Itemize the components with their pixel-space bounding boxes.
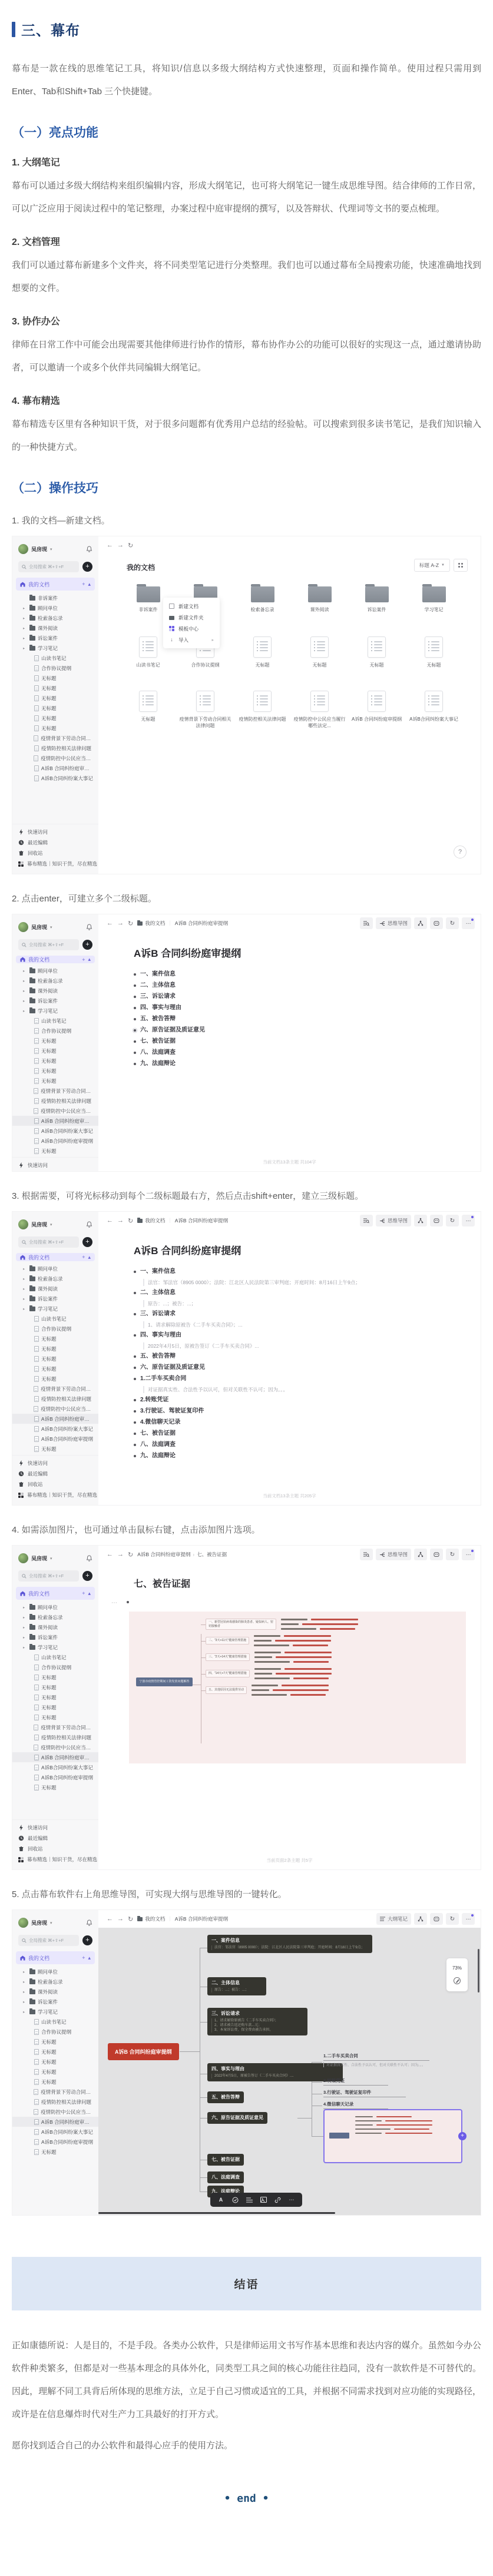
- menu-item[interactable]: 模板中心: [163, 623, 220, 634]
- mindmap-node-4[interactable]: 四、事实与理由2022年4月5日，原被告签订《二手车买卖合同》....: [207, 2063, 343, 2081]
- sidebar-tree-item[interactable]: ▸ 诉讼案件: [12, 996, 98, 1006]
- sort-button[interactable]: 标题 A-Z ▼: [414, 559, 450, 572]
- share-button[interactable]: [414, 1913, 427, 1925]
- link-icon[interactable]: [274, 2196, 281, 2203]
- sidebar-item-my-docs[interactable]: 我的文档 + ▴: [16, 1253, 95, 1261]
- sidebar-tree-item[interactable]: ▸ 无标题: [12, 703, 98, 713]
- list-icon[interactable]: [246, 2196, 253, 2203]
- sidebar-tree-item[interactable]: ▸ 无标题: [12, 2057, 98, 2067]
- collapse-icon[interactable]: ▴: [88, 581, 91, 588]
- share-button[interactable]: [414, 917, 427, 929]
- sidebar-tree-item[interactable]: ▸ 合作协议提纲: [12, 1662, 98, 1672]
- outline-item[interactable]: 七、被告证据: [134, 1430, 469, 1437]
- sidebar-tree-item[interactable]: ▸ 无标题: [12, 2147, 98, 2157]
- bullet-icon[interactable]: [134, 1455, 136, 1457]
- menu-item[interactable]: ↓ 导入 ▸: [163, 634, 220, 645]
- sidebar-tree-item[interactable]: ▸ 疫情防控中公民应当履行...: [12, 1404, 98, 1414]
- mindmap-node-6[interactable]: 六、原告证据及质证意见: [207, 2112, 267, 2124]
- user-row[interactable]: 吴房现 ▾: [12, 536, 98, 558]
- bell-icon[interactable]: [86, 1555, 92, 1561]
- sidebar-item-quick-access[interactable]: 快速访问: [12, 1160, 98, 1171]
- mindmap-child-4[interactable]: 4.微信聊天记录: [323, 2101, 388, 2109]
- mindmap-root-node[interactable]: A诉B 合同纠纷庭审提纲: [108, 2043, 179, 2060]
- sidebar-tree-item[interactable]: ▸ 疫情背景下劳动合同相关...: [12, 733, 98, 743]
- expander-icon[interactable]: ▸: [23, 1990, 27, 1994]
- sidebar-tree-item[interactable]: ▸ 非诉案件: [12, 593, 98, 603]
- sidebar-tree-item[interactable]: ▸ 顾问单位: [12, 966, 98, 976]
- grid-view-button[interactable]: [454, 559, 468, 572]
- outline-item[interactable]: 六、原告证据及质证意见: [134, 1364, 469, 1371]
- bullet-icon[interactable]: [134, 1355, 136, 1358]
- back-icon[interactable]: ←: [107, 1217, 113, 1224]
- new-doc-button[interactable]: +: [82, 562, 92, 572]
- sidebar-tree-item[interactable]: ▸ 无标题: [12, 1076, 98, 1086]
- sidebar-tree-item[interactable]: ▸ 疫情背景下劳动合同相关...: [12, 1086, 98, 1096]
- image-icon[interactable]: [260, 2196, 267, 2203]
- bullet-icon[interactable]: [134, 1040, 136, 1043]
- expander-icon[interactable]: ▸: [23, 999, 27, 1003]
- back-icon[interactable]: ←: [107, 1551, 113, 1558]
- add-icon[interactable]: +: [82, 1955, 85, 1961]
- sidebar-tree-item[interactable]: ▸ 无标题: [12, 1782, 98, 1792]
- bullet-icon[interactable]: [134, 1063, 136, 1065]
- help-button[interactable]: ?: [454, 846, 466, 858]
- sidebar-tree-item[interactable]: ▸ 无标题: [12, 2047, 98, 2057]
- assistant-button[interactable]: [430, 917, 443, 929]
- sidebar-tree-item[interactable]: ▸ 山读书笔记: [12, 653, 98, 663]
- outline-search-button[interactable]: [360, 1549, 373, 1560]
- add-icon[interactable]: +: [82, 1254, 85, 1260]
- outline-item[interactable]: 2.转账凭证: [134, 1396, 469, 1404]
- sidebar-tree-item[interactable]: ▸ 无标题: [12, 1354, 98, 1364]
- more-button[interactable]: ⋯: [462, 1549, 475, 1560]
- sidebar-item-recent-edit[interactable]: 最近编辑: [12, 1468, 98, 1479]
- bell-icon[interactable]: [86, 546, 92, 552]
- sidebar-tree-item[interactable]: ▸ 无标题: [12, 673, 98, 683]
- mindmap-node-5[interactable]: 五、被告答辩: [207, 2091, 244, 2103]
- sidebar-tree-item[interactable]: ▸ 无标题: [12, 683, 98, 693]
- breadcrumb-folder[interactable]: 我的文档: [145, 1915, 165, 1922]
- bullet-icon[interactable]: [134, 1421, 136, 1424]
- sidebar-tree-item[interactable]: ▸ 疫情防控相关法律问题: [12, 1732, 98, 1742]
- sidebar-tree-item[interactable]: ▸ 无标题: [12, 1066, 98, 1076]
- expander-icon[interactable]: ▸: [23, 969, 27, 973]
- reload-icon[interactable]: ↻: [128, 1217, 133, 1225]
- sync-button[interactable]: ↻: [446, 1913, 459, 1925]
- sidebar-tree-item[interactable]: ▸ 无标题: [12, 1444, 98, 1454]
- sidebar-tree-item[interactable]: ▸ A诉B合同纠纷案大事记: [12, 1762, 98, 1772]
- file-tile[interactable]: 无标题: [405, 636, 462, 675]
- collapse-icon[interactable]: ▴: [88, 1590, 91, 1597]
- more-tools-icon[interactable]: ⋯: [288, 2196, 295, 2203]
- sidebar-tree-item[interactable]: ▸ 无标题: [12, 1146, 98, 1156]
- expander-icon[interactable]: ▸: [23, 646, 27, 651]
- sync-button[interactable]: ↻: [446, 1215, 459, 1226]
- check-icon[interactable]: [231, 2196, 239, 2203]
- outline-item[interactable]: 五、被告答辩: [134, 1015, 469, 1023]
- share-button[interactable]: [414, 1215, 427, 1226]
- sidebar-item-trash[interactable]: 回收站: [12, 1479, 98, 1490]
- expander-icon[interactable]: ▸: [23, 1645, 27, 1650]
- sidebar-tree-item[interactable]: ▸ 诉讼案件: [12, 633, 98, 643]
- sidebar-item-mubu-featured[interactable]: 幕布精选｜知识干货，尽在精选: [12, 858, 98, 869]
- sidebar-tree-item[interactable]: ▸ A诉B合同纠纷案大事记: [12, 1424, 98, 1434]
- sidebar-tree-item[interactable]: ▸ A诉B合同纠纷庭审提纲: [12, 1434, 98, 1444]
- outline-item[interactable]: 五、被告答辩: [134, 1352, 469, 1360]
- sync-button[interactable]: ↻: [446, 1549, 459, 1560]
- sidebar-tree-item[interactable]: ▸ 疫情防控相关法律问题: [12, 2097, 98, 2107]
- horizontal-scrollbar[interactable]: [98, 2212, 335, 2214]
- search-input[interactable]: 全局搜索 ⌘+⇧+F: [18, 1570, 79, 1582]
- outline-item[interactable]: 八、法庭调查: [134, 1441, 469, 1448]
- sidebar-tree-item[interactable]: ▸ 顾问单位: [12, 1602, 98, 1612]
- outline-item[interactable]: 二、主体信息: [134, 982, 469, 989]
- outline-item[interactable]: 九、法庭辩论: [134, 1452, 469, 1460]
- sidebar-tree-item[interactable]: ▸ 疫情背景下劳动合同相关...: [12, 1722, 98, 1732]
- search-input[interactable]: 全局搜索 ⌘+⇧+F: [18, 1236, 79, 1248]
- file-tile[interactable]: 学习笔记: [405, 582, 462, 621]
- mindmap-toggle-button[interactable]: 思维导图: [376, 1549, 411, 1560]
- outline-item[interactable]: 四、事实与理由: [134, 1331, 469, 1339]
- sidebar-tree-item[interactable]: ▸ 诉讼案件: [12, 1632, 98, 1642]
- assistant-button[interactable]: [430, 1913, 443, 1925]
- mindmap-image-node[interactable]: +: [323, 2109, 462, 2163]
- expander-icon[interactable]: ▸: [23, 2000, 27, 2004]
- sidebar-tree-item[interactable]: ▸ 课外阅读: [12, 1987, 98, 1997]
- expander-icon[interactable]: ▸: [23, 1615, 27, 1620]
- breadcrumb-topic[interactable]: 七、被告证据: [197, 1551, 227, 1558]
- bullet-icon[interactable]: [134, 1271, 136, 1273]
- forward-icon[interactable]: →: [117, 1551, 124, 1558]
- file-tile[interactable]: 疫情背景下劳动合同相关法律问题: [177, 691, 234, 730]
- sidebar-tree-item[interactable]: ▸ 无标题: [12, 1364, 98, 1374]
- reload-icon[interactable]: ↻: [128, 542, 133, 549]
- sidebar-item-recent-edit[interactable]: 最近编辑: [12, 1171, 98, 1171]
- bullet-icon[interactable]: [134, 1399, 136, 1401]
- vertical-scrollbar[interactable]: [478, 1949, 479, 1992]
- sidebar-tree-item[interactable]: ▸ 无标题: [12, 2037, 98, 2047]
- mindmap-toggle-button[interactable]: 思维导图: [376, 1215, 411, 1226]
- forward-icon[interactable]: →: [117, 542, 124, 549]
- sidebar-tree-item[interactable]: ▸ 山读书笔记: [12, 1314, 98, 1324]
- zoom-controls[interactable]: 73%: [446, 1958, 468, 1991]
- sidebar-tree-item[interactable]: ▸ 无标题: [12, 1692, 98, 1702]
- bullet-icon[interactable]: [134, 996, 136, 998]
- bullet-icon[interactable]: [134, 1029, 136, 1032]
- share-button[interactable]: [414, 1549, 427, 1560]
- user-row[interactable]: 吴房现 ▾: [12, 1546, 98, 1567]
- add-icon[interactable]: +: [82, 957, 85, 963]
- new-doc-button[interactable]: +: [82, 940, 92, 950]
- avatar[interactable]: [18, 544, 28, 554]
- outline-item[interactable]: 3.行驶证、驾驶证复印件: [134, 1407, 469, 1415]
- sidebar-tree-item[interactable]: ▸ 山读书笔记: [12, 2017, 98, 2027]
- sidebar-tree-item[interactable]: ▸ 无标题: [12, 723, 98, 733]
- bullet-icon[interactable]: [134, 1052, 136, 1054]
- outline-toggle-button[interactable]: 大纲笔记: [376, 1913, 411, 1925]
- outline-item[interactable]: 八、法庭调查: [134, 1049, 469, 1056]
- file-tile[interactable]: 无标题: [348, 636, 405, 675]
- expander-icon[interactable]: ▸: [23, 1307, 27, 1311]
- menu-item[interactable]: 新建文档: [163, 601, 220, 612]
- bullet-icon[interactable]: [134, 1410, 136, 1413]
- sidebar-tree-item[interactable]: ▸ 无标题: [12, 1334, 98, 1344]
- forward-icon[interactable]: →: [117, 1915, 124, 1922]
- sidebar-tree-item[interactable]: ▸ 疫情防控中公民应当履行...: [12, 1106, 98, 1116]
- sidebar-tree-item[interactable]: ▸ A诉B 合同纠纷庭审提纲: [12, 1752, 98, 1762]
- back-icon[interactable]: ←: [107, 542, 113, 549]
- bullet-icon[interactable]: [134, 1433, 136, 1435]
- expander-icon[interactable]: ▸: [23, 606, 27, 611]
- mindmap-node-8[interactable]: 八、法庭调查: [207, 2171, 244, 2183]
- sidebar-tree-item[interactable]: ▸ 疫情防控中公民应当履行...: [12, 753, 98, 763]
- expander-icon[interactable]: ▸: [23, 636, 27, 641]
- mindmap-canvas[interactable]: A诉B 合同纠纷庭审提纲 一、案件信息法官：邹法官（8905 0000）；法院：…: [98, 1928, 481, 2215]
- breadcrumb-folder[interactable]: 我的文档: [145, 920, 165, 927]
- sidebar-tree-item[interactable]: ▸ 诉讼案件: [12, 1294, 98, 1304]
- sidebar-item-quick-access[interactable]: 快速访问: [12, 1458, 98, 1468]
- outline-item[interactable]: 六、原告证据及质证意见: [134, 1026, 469, 1034]
- sidebar-tree-item[interactable]: ▸ 无标题: [12, 1036, 98, 1046]
- collapse-icon[interactable]: ▴: [88, 956, 91, 963]
- expander-icon[interactable]: ▸: [23, 1635, 27, 1640]
- sidebar-item-my-docs[interactable]: 我的文档 + ▴: [16, 956, 95, 963]
- outline-item[interactable]: 四、事实与理由: [134, 1004, 469, 1012]
- outline-item[interactable]: 九、法庭辩论: [134, 1060, 469, 1067]
- sidebar-tree-item[interactable]: ▸ 课外阅读: [12, 623, 98, 633]
- mindmap-node-3[interactable]: 三、诉讼请求1、请求解除原被告《二手车买卖合同》； 2、请求被告返还购车款...…: [207, 2008, 307, 2035]
- breadcrumb-doc[interactable]: A诉B 合同纠纷庭审提纲: [175, 920, 228, 927]
- sidebar-tree-item[interactable]: ▸ 无标题: [12, 1046, 98, 1056]
- sidebar-tree-item[interactable]: ▸ 课外阅读: [12, 1284, 98, 1294]
- more-button[interactable]: ⋯: [462, 1215, 475, 1226]
- reload-icon[interactable]: ↻: [128, 1915, 133, 1923]
- file-tile[interactable]: 无标题: [291, 636, 348, 675]
- sidebar-item-my-docs[interactable]: 我的文档 + ▴: [16, 1587, 95, 1600]
- sidebar-item-trash[interactable]: 回收站: [12, 1844, 98, 1854]
- sidebar-tree-item[interactable]: ▸ 检索备忘录: [12, 1612, 98, 1622]
- bullet-icon[interactable]: [134, 1378, 136, 1380]
- sync-button[interactable]: ↻: [446, 917, 459, 929]
- bell-icon[interactable]: [86, 924, 92, 930]
- bullet-icon[interactable]: [134, 1334, 136, 1337]
- sidebar-tree-item[interactable]: ▸ 无标题: [12, 2077, 98, 2087]
- sidebar-tree-item[interactable]: ▸ 无标题: [12, 693, 98, 703]
- sidebar-tree-item[interactable]: ▸ 合作协议提纲: [12, 2027, 98, 2037]
- sidebar-item-mubu-featured[interactable]: 幕布精选｜知识干货，尽在精选: [12, 1490, 98, 1500]
- assistant-button[interactable]: [430, 1549, 443, 1560]
- file-tile[interactable]: 无标题: [120, 691, 177, 730]
- bullet-icon[interactable]: [134, 1018, 136, 1020]
- outline-item[interactable]: 七、被告证据: [134, 1037, 469, 1045]
- outline-item[interactable]: 三、诉讼请求: [134, 993, 469, 1000]
- sidebar-item-recent-edit[interactable]: 最近编辑: [12, 1833, 98, 1844]
- file-tile[interactable]: 诉讼案件: [348, 582, 405, 621]
- expander-icon[interactable]: ▸: [23, 1277, 27, 1281]
- sidebar-tree-item[interactable]: ▸ 学习笔记: [12, 2007, 98, 2017]
- outline-item[interactable]: 1.二手车买卖合同: [134, 1375, 469, 1383]
- outline-item[interactable]: 4.微信聊天记录: [134, 1418, 469, 1426]
- breadcrumb-doc[interactable]: A诉B 合同纠纷庭审提纲: [175, 1217, 228, 1224]
- outline-item[interactable]: 一、案件信息: [134, 970, 469, 978]
- menu-item[interactable]: 新建文件夹: [163, 612, 220, 623]
- sidebar-tree-item[interactable]: ▸ 合作协议提纲: [12, 663, 98, 673]
- add-icon[interactable]: +: [82, 1590, 85, 1596]
- mindmap-node-2[interactable]: 二、主体信息原告：...；被告：...；: [207, 1977, 266, 1995]
- user-row[interactable]: 吴房现 ▾: [12, 1212, 98, 1234]
- breadcrumb-folder[interactable]: 我的文档: [145, 1217, 165, 1224]
- new-doc-button[interactable]: +: [82, 1571, 92, 1581]
- sidebar-tree-item[interactable]: ▸ 学习笔记: [12, 1304, 98, 1314]
- collapse-icon[interactable]: ▴: [88, 1254, 91, 1261]
- sidebar-tree-item[interactable]: ▸ A诉B合同纠纷庭审提纲: [12, 1772, 98, 1782]
- sidebar-tree-item[interactable]: ▸ 山读书笔记: [12, 1016, 98, 1026]
- sidebar-tree-item[interactable]: ▸ 顾问单位: [12, 603, 98, 613]
- bullet-icon[interactable]: [134, 1292, 136, 1294]
- expander-icon[interactable]: ▸: [23, 979, 27, 983]
- file-tile[interactable]: 疫情防控中公民应当履行哪些法定...: [291, 691, 348, 730]
- file-tile[interactable]: A诉B合同纠纷案大事记: [405, 691, 462, 730]
- bullet-icon[interactable]: [134, 973, 136, 976]
- back-icon[interactable]: ←: [107, 1915, 113, 1922]
- expander-icon[interactable]: ▸: [23, 1297, 27, 1301]
- forward-icon[interactable]: →: [117, 1217, 124, 1224]
- sidebar-tree-item[interactable]: ▸ 无标题: [12, 1374, 98, 1384]
- mindmap-child-1[interactable]: 1.二手车买卖合同对证据真实性、合法性予以认可，但对关联性不认可；因为。。。: [323, 2053, 429, 2067]
- outline-search-button[interactable]: [360, 917, 373, 929]
- sidebar-tree-item[interactable]: ▸ A诉B合同纠纷案大事记: [12, 1126, 98, 1136]
- reload-icon[interactable]: ↻: [128, 920, 133, 927]
- new-doc-button[interactable]: +: [82, 1237, 92, 1247]
- user-row[interactable]: 吴房现 ▾: [12, 1910, 98, 1932]
- sidebar-tree-item[interactable]: ▸ 顾问单位: [12, 1264, 98, 1274]
- search-input[interactable]: 全局搜索 ⌘+⇧+F: [18, 561, 79, 572]
- expander-icon[interactable]: ▸: [23, 1267, 27, 1271]
- sidebar-tree-item[interactable]: ▸ A诉B合同纠纷案大事记: [12, 2127, 98, 2137]
- expander-icon[interactable]: ▸: [23, 616, 27, 621]
- sidebar-tree-item[interactable]: ▸ 检索备忘录: [12, 1274, 98, 1284]
- mindmap-node-7[interactable]: 七、被告证据: [207, 2154, 244, 2166]
- mindmap-child-2[interactable]: 2.转账凭证: [323, 2077, 388, 2086]
- sidebar-tree-item[interactable]: ▸ 检索备忘录: [12, 976, 98, 986]
- outline-item[interactable]: 三、诉讼请求: [134, 1310, 469, 1318]
- search-input[interactable]: 全局搜索 ⌘+⇧+F: [18, 939, 79, 950]
- embedded-mindmap-image[interactable]: 宁波市疫情管控期间工资发放问题解答 一、新型冠状病毒感染的肺炎患者、疑似病人、密…: [129, 1612, 466, 1763]
- assistant-button[interactable]: [430, 1215, 443, 1226]
- bullet-icon[interactable]: [134, 1007, 136, 1009]
- bullet-icon[interactable]: [134, 1313, 136, 1315]
- sidebar-tree-item[interactable]: ▸ 课外阅读: [12, 1622, 98, 1632]
- sidebar-tree-item[interactable]: ▸ 合作协议提纲: [12, 1324, 98, 1334]
- sidebar-item-trash[interactable]: 回收站: [12, 848, 98, 858]
- bullet-icon[interactable]: [127, 1601, 129, 1603]
- add-icon[interactable]: +: [82, 581, 85, 587]
- sidebar-tree-item[interactable]: ▸ 合作协议提纲: [12, 1026, 98, 1036]
- expand-image-button[interactable]: +: [458, 2132, 466, 2140]
- file-tile[interactable]: 课外阅读: [291, 582, 348, 621]
- sidebar-tree-item[interactable]: ▸ 疫情防控中公民应当履行...: [12, 1742, 98, 1752]
- sidebar-tree-item[interactable]: ▸ 疫情防控相关法律问题: [12, 743, 98, 753]
- sidebar-tree-item[interactable]: ▸ A诉B 合同纠纷庭审提纲: [12, 1414, 98, 1424]
- sidebar-tree-item[interactable]: ▸ 学习笔记: [12, 1642, 98, 1652]
- more-button[interactable]: ⋯: [462, 1913, 475, 1925]
- sidebar-tree-item[interactable]: ▸ 疫情防控中公民应当履行...: [12, 2107, 98, 2117]
- sidebar-item-quick-access[interactable]: 快速访问: [12, 827, 98, 837]
- more-button[interactable]: ⋯: [462, 917, 475, 929]
- bell-icon[interactable]: [86, 1919, 92, 1926]
- text-style-icon[interactable]: A: [217, 2196, 224, 2203]
- sidebar-tree-item[interactable]: ▸ 课外阅读: [12, 986, 98, 996]
- expander-icon[interactable]: ▸: [23, 1605, 27, 1610]
- sidebar-item-mubu-featured[interactable]: 幕布精选｜知识干货，尽在精选: [12, 1854, 98, 1865]
- more-handle-icon[interactable]: ⋯: [111, 1600, 117, 1606]
- sidebar-tree-item[interactable]: ▸ 疫情背景下劳动合同相关...: [12, 2087, 98, 2097]
- sidebar-tree-item[interactable]: ▸ A诉B 合同纠纷庭审提纲: [12, 2117, 98, 2127]
- avatar[interactable]: [18, 1553, 28, 1563]
- mindmap-child-3[interactable]: 3.行驶证、驾驶证复印件: [323, 2089, 406, 2097]
- avatar[interactable]: [18, 922, 28, 932]
- sidebar-item-recent-edit[interactable]: 最近编辑: [12, 837, 98, 848]
- avatar[interactable]: [18, 1918, 28, 1928]
- bell-icon[interactable]: [86, 1221, 92, 1228]
- sidebar-tree-item[interactable]: ▸ A诉B 合同纠纷庭审提纲: [12, 763, 98, 773]
- file-tile[interactable]: 无标题: [234, 636, 291, 675]
- sidebar-tree-item[interactable]: ▸ 无标题: [12, 1712, 98, 1722]
- forward-icon[interactable]: →: [117, 920, 124, 927]
- sidebar-tree-item[interactable]: ▸ A诉B 合同纠纷庭审提纲: [12, 1116, 98, 1126]
- sidebar-item-my-docs[interactable]: 我的文档 + ▴: [16, 1951, 95, 1964]
- sidebar-item-my-docs[interactable]: 我的文档 + ▴: [16, 578, 95, 591]
- avatar[interactable]: [18, 1219, 28, 1229]
- outline-item[interactable]: 一、案件信息: [134, 1268, 469, 1275]
- expander-icon[interactable]: ▸: [23, 2010, 27, 2014]
- bullet-icon[interactable]: [134, 1444, 136, 1446]
- expander-icon[interactable]: ▸: [23, 1970, 27, 1974]
- sidebar-tree-item[interactable]: ▸ 学习笔记: [12, 643, 98, 653]
- sidebar-tree-item[interactable]: ▸ 疫情背景下劳动合同相关...: [12, 1384, 98, 1394]
- bullet-icon[interactable]: [134, 984, 136, 987]
- sidebar-tree-item[interactable]: ▸ 学习笔记: [12, 1006, 98, 1016]
- sidebar-tree-item[interactable]: ▸ 顾问单位: [12, 1967, 98, 1977]
- sidebar-tree-item[interactable]: ▸ 无标题: [12, 2067, 98, 2077]
- sidebar-tree-item[interactable]: ▸ 无标题: [12, 1682, 98, 1692]
- outline-item[interactable]: 二、主体信息: [134, 1289, 469, 1297]
- breadcrumb-doc[interactable]: A诉B 合同纠纷庭审提纲: [175, 1915, 228, 1922]
- sidebar-tree-item[interactable]: ▸ 检索备忘录: [12, 1977, 98, 1987]
- reload-icon[interactable]: ↻: [128, 1551, 133, 1559]
- breadcrumb-doc[interactable]: A诉B 合同纠纷庭审提纲: [137, 1551, 190, 1558]
- search-input[interactable]: 全局搜索 ⌘+⇧+F: [18, 1935, 79, 1946]
- back-icon[interactable]: ←: [107, 920, 113, 927]
- sidebar-tree-item[interactable]: ▸ 无标题: [12, 713, 98, 723]
- sidebar-tree-item[interactable]: ▸ 无标题: [12, 1672, 98, 1682]
- sidebar-tree-item[interactable]: ▸ 无标题: [12, 1056, 98, 1066]
- sidebar-tree-item[interactable]: ▸ A诉B合同纠纷庭审提纲: [12, 1136, 98, 1146]
- expander-icon[interactable]: ▸: [23, 1625, 27, 1630]
- locate-icon[interactable]: [454, 1977, 461, 1984]
- sidebar-tree-item[interactable]: ▸ 检索备忘录: [12, 613, 98, 623]
- expander-icon[interactable]: ▸: [23, 626, 27, 631]
- bullet-icon[interactable]: [134, 1367, 136, 1369]
- mindmap-node-1[interactable]: 一、案件信息法官：邹法官（8905 0000）；法院：江北区人民法院第三审判庭；…: [207, 1935, 372, 1953]
- sidebar-tree-item[interactable]: ▸ 无标题: [12, 1344, 98, 1354]
- expander-icon[interactable]: ▸: [23, 989, 27, 993]
- expander-icon[interactable]: ▸: [23, 1980, 27, 1984]
- expander-icon[interactable]: ▸: [23, 1287, 27, 1291]
- expander-icon[interactable]: ▸: [23, 1009, 27, 1013]
- file-tile[interactable]: A诉B 合同纠纷庭审提纲: [348, 691, 405, 730]
- sidebar-tree-item[interactable]: ▸ 山读书笔记: [12, 1652, 98, 1662]
